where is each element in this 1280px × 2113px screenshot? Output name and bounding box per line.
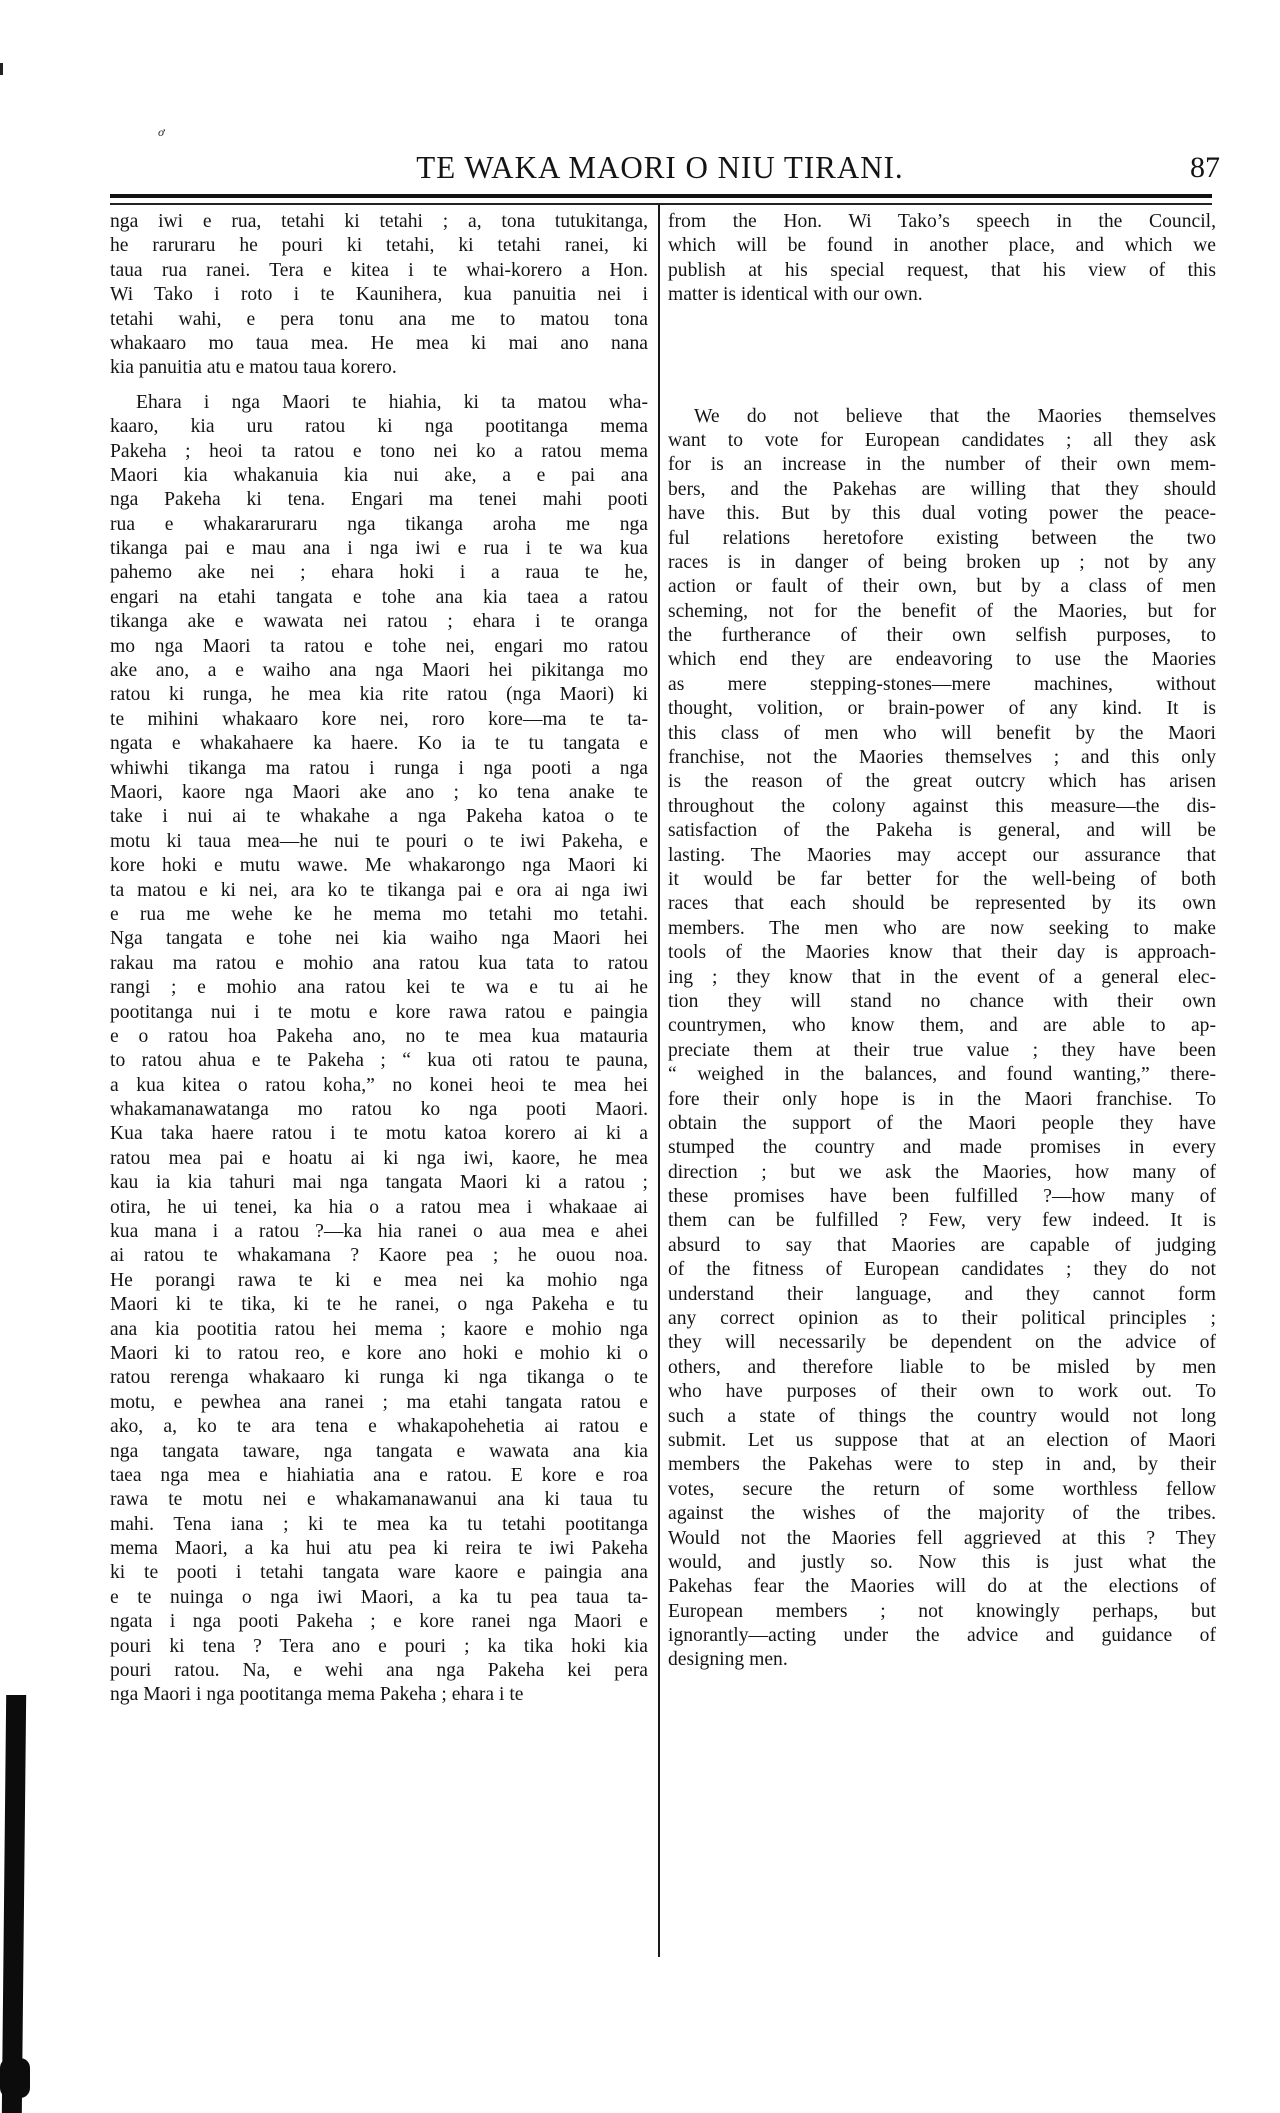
text-line: Wi Tako i roto i te Kaunihera, kua panui… <box>110 283 648 307</box>
text-line: which will be found in another place, an… <box>668 234 1216 258</box>
text-line: ai ratou te whakamana ? Kaore pea ; he o… <box>110 1244 648 1268</box>
text-line: motu ki taua mea—he nui te pouri o te iw… <box>110 830 648 854</box>
text-line: Kua taka haere ratou i te motu katoa kor… <box>110 1122 648 1146</box>
text-line: ratou ki runga, he mea kia rite ratou (n… <box>110 683 648 707</box>
text-line: the furtherance of their own selfish pur… <box>668 624 1216 648</box>
masthead-rule-thin <box>110 203 1212 205</box>
text-line: direction ; but we ask the Maories, how … <box>668 1161 1216 1185</box>
text-line: taua rua ranei. Tera e kitea i te whai-k… <box>110 259 648 283</box>
text-line: mema Maori, a ka hui atu pea ki reira te… <box>110 1537 648 1561</box>
english-editorial-column: from the Hon. Wi Tako’s speech in the Co… <box>668 210 1216 1673</box>
text-line: whiwhi tikanga ma ratou i runga i nga po… <box>110 757 648 781</box>
text-line: preciate them at their true value ; they… <box>668 1039 1216 1063</box>
text-line: He porangi rawa te ki e mea nei ka mohio… <box>110 1269 648 1293</box>
text-line: take i nui ai te whakahe a nga Pakeha ka… <box>110 805 648 829</box>
text-line: races is in danger of being broken up ; … <box>668 551 1216 575</box>
text-line: mahi. Tena iana ; ki te mea ka tu tetahi… <box>110 1513 648 1537</box>
text-line: any correct opinion as to their politica… <box>668 1307 1216 1331</box>
paragraph-gap <box>668 308 1216 405</box>
text-line: understand their language, and they cann… <box>668 1283 1216 1307</box>
text-line: nga Maori i nga pootitanga mema Pakeha ;… <box>110 1683 648 1707</box>
text-line: rua e whakararuraru nga tikanga aroha me… <box>110 513 648 537</box>
text-line: which end they are endeavoring to use th… <box>668 648 1216 672</box>
text-line: publish at his special request, that his… <box>668 259 1216 283</box>
text-line: Pakehas fear the Maories will do at the … <box>668 1575 1216 1599</box>
text-line: a kua kitea o ratou koha,” no konei heoi… <box>110 1074 648 1098</box>
column-divider <box>658 205 660 1957</box>
text-line: for is an increase in the number of thei… <box>668 453 1216 477</box>
text-line: ignorantly—acting under the advice and g… <box>668 1624 1216 1648</box>
text-line: “ weighed in the balances, and found wan… <box>668 1063 1216 1087</box>
text-line: kaaro, kia uru ratou ki nga pootitanga m… <box>110 415 648 439</box>
text-line: absurd to say that Maories are capable o… <box>668 1234 1216 1258</box>
text-line: ki te pooti i tetahi tangata ware kaore … <box>110 1561 648 1585</box>
paragraph: We do not believe that the Maories thems… <box>668 405 1216 1673</box>
masthead: TE WAKA MAORI O NIU TIRANI. 87 <box>110 148 1210 188</box>
paragraph: Ehara i nga Maori te hiahia, ki ta matou… <box>110 391 648 1708</box>
text-line: submit. Let us suppose that at an electi… <box>668 1429 1216 1453</box>
text-line: bers, and the Pakehas are willing that t… <box>668 478 1216 502</box>
page-binding-edge <box>2 1695 26 2113</box>
text-line: this class of men who will benefit by th… <box>668 722 1216 746</box>
text-line: matter is identical with our own. <box>668 283 1216 307</box>
text-line: satisfaction of the Pakeha is general, a… <box>668 819 1216 843</box>
text-line: votes, secure the return of some worthle… <box>668 1478 1216 1502</box>
text-line: of the fitness of European candidates ; … <box>668 1258 1216 1282</box>
text-line: others, and therefore liable to be misle… <box>668 1356 1216 1380</box>
page-number: 87 <box>1190 148 1220 188</box>
text-line: pahemo ake nei ; ehara hoki i a raua te … <box>110 561 648 585</box>
text-line: kore hoki e mutu wawe. Me whakarongo nga… <box>110 854 648 878</box>
paragraph-gap <box>110 381 648 391</box>
text-line: it would be far better for the well-bein… <box>668 868 1216 892</box>
text-line: We do not believe that the Maories thems… <box>668 405 1216 429</box>
page-binding-knot <box>0 2058 30 2098</box>
text-line: Maori kia whakanuia kia nui ake, a e pai… <box>110 464 648 488</box>
text-line: he raruraru he pouri ki tetahi, ki tetah… <box>110 234 648 258</box>
paragraph: nga iwi e rua, tetahi ki tetahi ; a, ton… <box>110 210 648 381</box>
text-line: Maori ki te tika, ki te he ranei, o nga … <box>110 1293 648 1317</box>
text-line: Maori, kaore nga Maori ake ano ; ko tena… <box>110 781 648 805</box>
text-line: action or fault of their own, but by a c… <box>668 575 1216 599</box>
text-line: otira, he ui tenei, ka hia o a ratou mea… <box>110 1196 648 1220</box>
text-line: rakau ma ratou e mohio ana ratou kua tat… <box>110 952 648 976</box>
text-line: to ratou ahua e te Pakeha ; “ kua oti ra… <box>110 1049 648 1073</box>
text-line: ana kia pootitia ratou hei mema ; kaore … <box>110 1318 648 1342</box>
text-line: whakaaro mo taua mea. He mea ki mai ano … <box>110 332 648 356</box>
text-line: e rua me wehe ke he mema mo tetahi mo te… <box>110 903 648 927</box>
text-line: kau ia kia tahuri mai nga tangata Maori … <box>110 1171 648 1195</box>
text-line: nga iwi e rua, tetahi ki tetahi ; a, ton… <box>110 210 648 234</box>
text-line: members. The men who are now seeking to … <box>668 917 1216 941</box>
text-line: Nga tangata e tohe nei kia waiho nga Mao… <box>110 927 648 951</box>
text-line: ngata i nga pooti Pakeha ; e kore ranei … <box>110 1610 648 1634</box>
text-line: franchise, not the Maories themselves ; … <box>668 746 1216 770</box>
text-line: lasting. The Maories may accept our assu… <box>668 844 1216 868</box>
text-line: as mere stepping-stones—mere machines, w… <box>668 673 1216 697</box>
text-line: countrymen, who know them, and are able … <box>668 1014 1216 1038</box>
masthead-rule-thick <box>110 194 1212 198</box>
text-line: fore their only hope is in the Maori fra… <box>668 1088 1216 1112</box>
text-line: tikanga ake e wawata nei ratou ; ehara i… <box>110 610 648 634</box>
text-line: nga Pakeha ki tena. Engari ma tenei mahi… <box>110 488 648 512</box>
text-line: races that each should be represented by… <box>668 892 1216 916</box>
binding-mark <box>0 63 3 75</box>
text-line: tools of the Maories know that their day… <box>668 941 1216 965</box>
text-line: taea nga mea e hiahiatia ana e ratou. E … <box>110 1464 648 1488</box>
text-line: whakamanawatanga mo ratou ko nga pooti M… <box>110 1098 648 1122</box>
text-line: ta matou e ki nei, ara ko te tikanga pai… <box>110 879 648 903</box>
text-line: Pakeha ; heoi ta ratou e tono nei ko a r… <box>110 440 648 464</box>
text-line: pouri ratou. Na, e wehi ana nga Pakeha k… <box>110 1659 648 1683</box>
text-line: Would not the Maories fell aggrieved at … <box>668 1527 1216 1551</box>
text-line: obtain the support of the Maori people t… <box>668 1112 1216 1136</box>
text-line: rangi ; e mohio ana ratou kei te wa e tu… <box>110 976 648 1000</box>
text-line: ake ano, a e waiho ana nga Maori hei pik… <box>110 659 648 683</box>
text-line: from the Hon. Wi Tako’s speech in the Co… <box>668 210 1216 234</box>
text-line: pootitanga nui i te motu e kore rawa rat… <box>110 1001 648 1025</box>
text-line: against the wishes of the majority of th… <box>668 1502 1216 1526</box>
text-line: is the reason of the great outcry which … <box>668 770 1216 794</box>
newspaper-title: TE WAKA MAORI O NIU TIRANI. <box>110 148 1210 189</box>
text-line: they will necessarily be dependent on th… <box>668 1331 1216 1355</box>
text-line: e o ratou hoa Pakeha ano, no te mea kua … <box>110 1025 648 1049</box>
text-line: ratou mea pai e hoatu ai ki nga iwi, kao… <box>110 1147 648 1171</box>
text-line: e te nuinga o nga iwi Maori, a ka tu pea… <box>110 1586 648 1610</box>
text-line: tikanga pai e mau ana i nga iwi e rua i … <box>110 537 648 561</box>
text-line: te mihini whakaaro kore nei, roro kore—m… <box>110 708 648 732</box>
text-line: European members ; not knowingly perhaps… <box>668 1600 1216 1624</box>
text-line: throughout the colony against this measu… <box>668 795 1216 819</box>
text-line: ngata e whakahaere ka haere. Ko ia te tu… <box>110 732 648 756</box>
text-line: ratou rerenga whakaaro ki runga ki nga t… <box>110 1366 648 1390</box>
text-line: would, and justly so. Now this is just w… <box>668 1551 1216 1575</box>
text-line: rawa te motu nei e whakamanawanui ana ki… <box>110 1488 648 1512</box>
text-line: mo nga Maori ta ratou e tohe nei, engari… <box>110 635 648 659</box>
text-line: ako, a, ko te ara tena e whakapohehetia … <box>110 1415 648 1439</box>
text-line: tion they will stand no chance with thei… <box>668 990 1216 1014</box>
text-line: have this. But by this dual voting power… <box>668 502 1216 526</box>
text-line: designing men. <box>668 1648 1216 1672</box>
text-line: Maori ki to ratou reo, e kore ano hoki e… <box>110 1342 648 1366</box>
paragraph: from the Hon. Wi Tako’s speech in the Co… <box>668 210 1216 308</box>
text-line: them can be fulfilled ? Few, very few in… <box>668 1209 1216 1233</box>
ink-speck: ơ <box>158 125 164 140</box>
text-line: nga tangata taware, nga tangata e wawata… <box>110 1440 648 1464</box>
text-line: kua mana i a ratou ?—ka hia ranei o aua … <box>110 1220 648 1244</box>
text-line: want to vote for European candidates ; a… <box>668 429 1216 453</box>
text-line: ful relations heretofore existing betwee… <box>668 527 1216 551</box>
text-line: these promises have been fulfilled ?—how… <box>668 1185 1216 1209</box>
maori-editorial-column: nga iwi e rua, tetahi ki tetahi ; a, ton… <box>110 210 648 1708</box>
text-line: motu, e pewhea ana ranei ; ma etahi tang… <box>110 1391 648 1415</box>
text-line: engari na etahi tangata e tohe ana kia t… <box>110 586 648 610</box>
text-line: members the Pakehas were to step in and,… <box>668 1453 1216 1477</box>
text-line: tetahi wahi, e pera tonu ana me to matou… <box>110 308 648 332</box>
text-line: scheming, not for the benefit of the Mao… <box>668 600 1216 624</box>
text-line: Ehara i nga Maori te hiahia, ki ta matou… <box>110 391 648 415</box>
text-line: ing ; they know that in the event of a g… <box>668 966 1216 990</box>
text-line: such a state of things the country would… <box>668 1405 1216 1429</box>
text-line: stumped the country and made promises in… <box>668 1136 1216 1160</box>
text-line: who have purposes of their own to work o… <box>668 1380 1216 1404</box>
text-line: kia panuitia atu e matou taua korero. <box>110 356 648 380</box>
text-line: thought, volition, or brain-power of any… <box>668 697 1216 721</box>
text-line: pouri ki tena ? Tera ano e pouri ; ka ti… <box>110 1635 648 1659</box>
